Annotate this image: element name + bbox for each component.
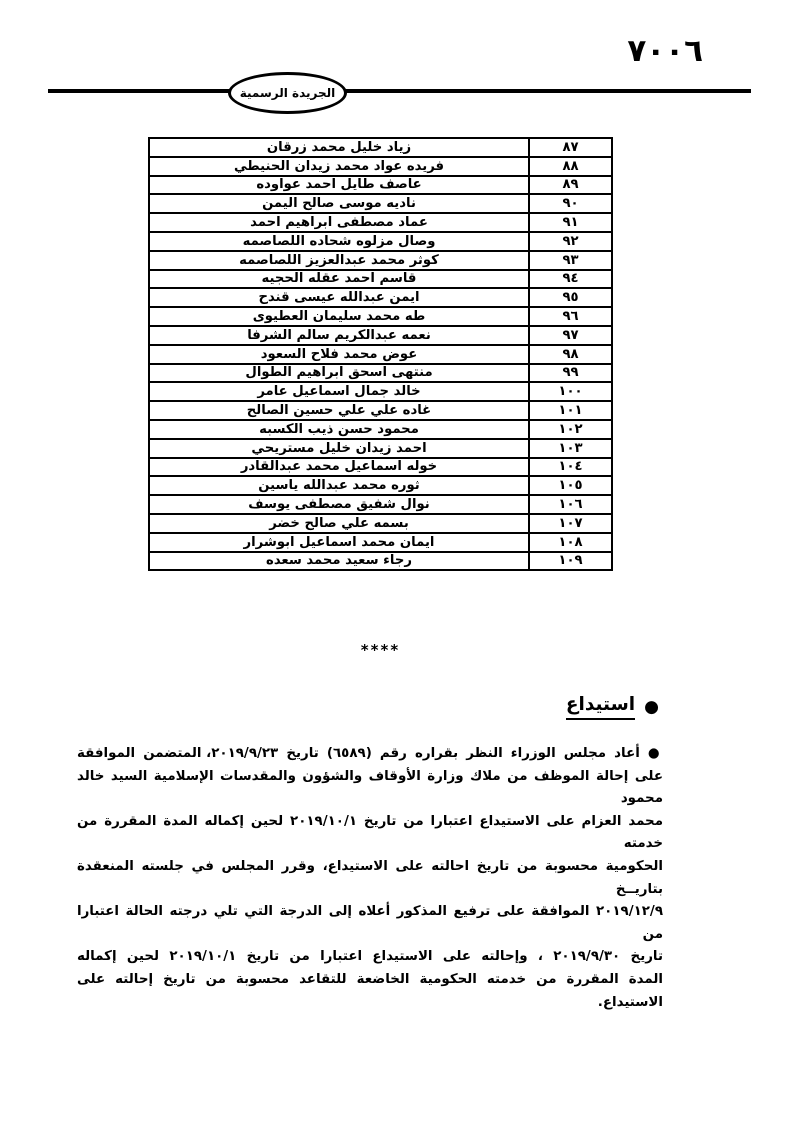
row-name-cell: ايمان محمد اسماعيل ابوشرار	[149, 533, 529, 552]
row-name-cell: فريده عواد محمد زيدان الحنيطي	[149, 157, 529, 176]
paragraph-line: المدة المقررة من خدمته الحكومية الخاضعة …	[77, 969, 663, 1014]
table-row: ٩٧ نعمه عبدالكريم سالم الشرفا	[149, 326, 612, 345]
row-number-cell: ٩٥	[529, 288, 612, 307]
row-name-cell: كوثر محمد عبدالعزيز اللصاصمه	[149, 251, 529, 270]
row-name-cell: نعمه عبدالكريم سالم الشرفا	[149, 326, 529, 345]
row-name-cell: خوله اسماعيل محمد عبدالقادر	[149, 458, 529, 477]
row-name-cell: احمد زيدان خليل مستريحي	[149, 439, 529, 458]
table-row: ١٠٧ بسمه علي صالح خضر	[149, 514, 612, 533]
section-title: استيداع	[566, 695, 635, 720]
row-name-cell: ايمن عبدالله عيسى قندح	[149, 288, 529, 307]
row-number-cell: ٩٢	[529, 232, 612, 251]
roster-table: ٨٧ زياد خليل محمد زرقان ٨٨ فريده عواد مح…	[148, 137, 613, 571]
decision-paragraph: ● أعاد مجلس الوزراء النظر بقراره رقم (٦٥…	[77, 743, 663, 1014]
row-number-cell: ٩٨	[529, 345, 612, 364]
table-row: ٩٠ ناديه موسى صالح اليمن	[149, 194, 612, 213]
bullet-icon: ●	[644, 699, 659, 716]
table-row: ٩٩ منتهى اسحق ابراهيم الطوال	[149, 364, 612, 383]
table-row: ١٠٣ احمد زيدان خليل مستريحي	[149, 439, 612, 458]
row-number-cell: ١٠٤	[529, 458, 612, 477]
row-number-cell: ١٠٣	[529, 439, 612, 458]
table-row: ٩١ عماد مصطفى ابراهيم احمد	[149, 213, 612, 232]
paragraph-line: على إحالة الموظف من ملاك وزارة الأوقاف و…	[77, 766, 663, 811]
section-separator: ****	[148, 641, 613, 659]
table-row: ٩٣ كوثر محمد عبدالعزيز اللصاصمه	[149, 251, 612, 270]
row-number-cell: ٨٩	[529, 176, 612, 195]
row-number-cell: ١٠٢	[529, 420, 612, 439]
row-name-cell: طه محمد سليمان العطيوى	[149, 307, 529, 326]
row-name-cell: غاده علي علي حسين الصالح	[149, 401, 529, 420]
row-number-cell: ٩٠	[529, 194, 612, 213]
row-number-cell: ١٠٦	[529, 495, 612, 514]
row-number-cell: ١٠٧	[529, 514, 612, 533]
table-row: ٩٨ عوض محمد فلاح السعود	[149, 345, 612, 364]
row-name-cell: محمود حسن ذيب الكسبه	[149, 420, 529, 439]
table-row: ٩٤ قاسم احمد عقله الحجيه	[149, 270, 612, 289]
table-row: ١٠٤ خوله اسماعيل محمد عبدالقادر	[149, 458, 612, 477]
table-row: ٨٩ عاصف طايل احمد عواوده	[149, 176, 612, 195]
paragraph-line: ● أعاد مجلس الوزراء النظر بقراره رقم (٦٥…	[77, 743, 663, 766]
table-row: ٨٨ فريده عواد محمد زيدان الحنيطي	[149, 157, 612, 176]
table-row: ٨٧ زياد خليل محمد زرقان	[149, 138, 612, 157]
row-name-cell: عاصف طايل احمد عواوده	[149, 176, 529, 195]
row-name-cell: زياد خليل محمد زرقان	[149, 138, 529, 157]
table-row: ١٠١ غاده علي علي حسين الصالح	[149, 401, 612, 420]
table-row: ١٠٥ ثوره محمد عبدالله ياسين	[149, 476, 612, 495]
row-number-cell: ٩٦	[529, 307, 612, 326]
page-number: ٧٠٠٦	[627, 33, 703, 69]
row-number-cell: ٨٨	[529, 157, 612, 176]
row-name-cell: ناديه موسى صالح اليمن	[149, 194, 529, 213]
row-name-cell: منتهى اسحق ابراهيم الطوال	[149, 364, 529, 383]
row-number-cell: ٩١	[529, 213, 612, 232]
table-row: ٩٦ طه محمد سليمان العطيوى	[149, 307, 612, 326]
row-number-cell: ١٠٩	[529, 552, 612, 571]
row-name-cell: رجاء سعيد محمد سعده	[149, 552, 529, 571]
table-row: ١٠٦ نوال شفيق مصطفى يوسف	[149, 495, 612, 514]
section-heading: ● استيداع	[566, 695, 659, 720]
row-name-cell: ثوره محمد عبدالله ياسين	[149, 476, 529, 495]
paragraph-line: محمد العزام على الاستيداع اعتبارا من تار…	[77, 811, 663, 856]
gazette-banner: الجريدة الرسمية	[228, 72, 347, 114]
gazette-page: { "colors": { "ink": "#000000", "paper":…	[0, 0, 793, 1122]
table-row: ١٠٢ محمود حسن ذيب الكسبه	[149, 420, 612, 439]
row-name-cell: بسمه علي صالح خضر	[149, 514, 529, 533]
row-number-cell: ٩٣	[529, 251, 612, 270]
gazette-banner-label: الجريدة الرسمية	[240, 86, 336, 100]
row-number-cell: ٩٧	[529, 326, 612, 345]
paragraph-line: تاريخ ٢٠١٩/٩/٣٠ ، وإحالته على الاستيداع …	[77, 946, 663, 969]
row-number-cell: ١٠٨	[529, 533, 612, 552]
table-row: ٩٥ ايمن عبدالله عيسى قندح	[149, 288, 612, 307]
table-row: ٩٢ وصال مزلوه شحاده اللصاصمه	[149, 232, 612, 251]
row-name-cell: خالد جمال اسماعيل عامر	[149, 382, 529, 401]
row-name-cell: عماد مصطفى ابراهيم احمد	[149, 213, 529, 232]
row-number-cell: ٨٧	[529, 138, 612, 157]
table-row: ١٠٨ ايمان محمد اسماعيل ابوشرار	[149, 533, 612, 552]
paragraph-line: ٢٠١٩/١٢/٩ الموافقة على ترفيع المذكور أعل…	[77, 901, 663, 946]
row-name-cell: وصال مزلوه شحاده اللصاصمه	[149, 232, 529, 251]
row-number-cell: ١٠٠	[529, 382, 612, 401]
row-number-cell: ٩٩	[529, 364, 612, 383]
row-number-cell: ١٠١	[529, 401, 612, 420]
header-rule	[48, 89, 751, 93]
row-name-cell: نوال شفيق مصطفى يوسف	[149, 495, 529, 514]
row-number-cell: ١٠٥	[529, 476, 612, 495]
row-number-cell: ٩٤	[529, 270, 612, 289]
table-row: ١٠٩ رجاء سعيد محمد سعده	[149, 552, 612, 571]
row-name-cell: قاسم احمد عقله الحجيه	[149, 270, 529, 289]
table-row: ١٠٠ خالد جمال اسماعيل عامر	[149, 382, 612, 401]
row-name-cell: عوض محمد فلاح السعود	[149, 345, 529, 364]
paragraph-line: الحكومية محسوبة من تاريخ احالته على الاس…	[77, 856, 663, 901]
